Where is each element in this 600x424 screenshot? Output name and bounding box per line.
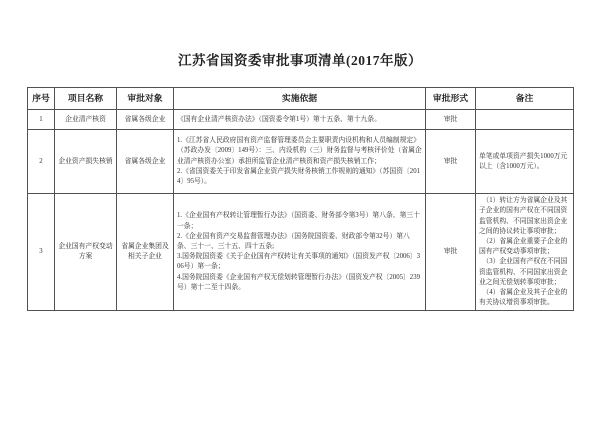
cell-basis: 1.《江苏省人民政府国有资产监督管理委员会主要职责内设机构和人员编制规定》（苏政…: [174, 130, 426, 194]
table-row: 3 企业国有产权变动方案 省属企业集团及相关子企业 1.《企业国有产权转让管理暂…: [28, 194, 574, 311]
approval-items-table: 序号 项目名称 审批对象 实施依据 审批形式 备注 1 企业清产核资 省属各级企…: [27, 87, 574, 311]
header-target: 审批对象: [117, 88, 174, 110]
cell-basis: 《国有企业清产核资办法》（国资委令第1号）第十五条、第十九条。: [174, 110, 426, 130]
page-title: 江苏省国资委审批事项清单(2017年版）: [0, 49, 600, 69]
cell-name: 企业清产核资: [55, 110, 117, 130]
header-basis: 实施依据: [174, 88, 426, 110]
document-page: 江苏省国资委审批事项清单(2017年版） 序号 项目名称 审批对象 实施依据 审…: [0, 0, 600, 424]
header-name: 项目名称: [55, 88, 117, 110]
cell-target: 省属各级企业: [117, 130, 174, 194]
cell-note: （1）转让方为省属企业及其子企业的国有产权在不同国资监管机构、不同国家出资企业之…: [476, 194, 574, 311]
table-row: 2 企业资产损失核销 省属各级企业 1.《江苏省人民政府国有资产监督管理委员会主…: [28, 130, 574, 194]
cell-form: 审批: [426, 130, 476, 194]
table-row: 1 企业清产核资 省属各级企业 《国有企业清产核资办法》（国资委令第1号）第十五…: [28, 110, 574, 130]
cell-basis: 1.《企业国有产权转让管理暂行办法》（国资委、财务部令第3号）第八条、第三十一条…: [174, 194, 426, 311]
cell-target: 省属企业集团及相关子企业: [117, 194, 174, 311]
header-form: 审批形式: [426, 88, 476, 110]
cell-form: 审批: [426, 110, 476, 130]
cell-note: 单笔或单项资产损失1000万元以上（含1000万元）。: [476, 130, 574, 194]
header-seq: 序号: [28, 88, 55, 110]
cell-name: 企业资产损失核销: [55, 130, 117, 194]
cell-note: [476, 110, 574, 130]
header-note: 备注: [476, 88, 574, 110]
cell-target: 省属各级企业: [117, 110, 174, 130]
cell-name: 企业国有产权变动方案: [55, 194, 117, 311]
cell-seq: 1: [28, 110, 55, 130]
cell-seq: 3: [28, 194, 55, 311]
cell-form: 审批: [426, 194, 476, 311]
table-header-row: 序号 项目名称 审批对象 实施依据 审批形式 备注: [28, 88, 574, 110]
cell-seq: 2: [28, 130, 55, 194]
